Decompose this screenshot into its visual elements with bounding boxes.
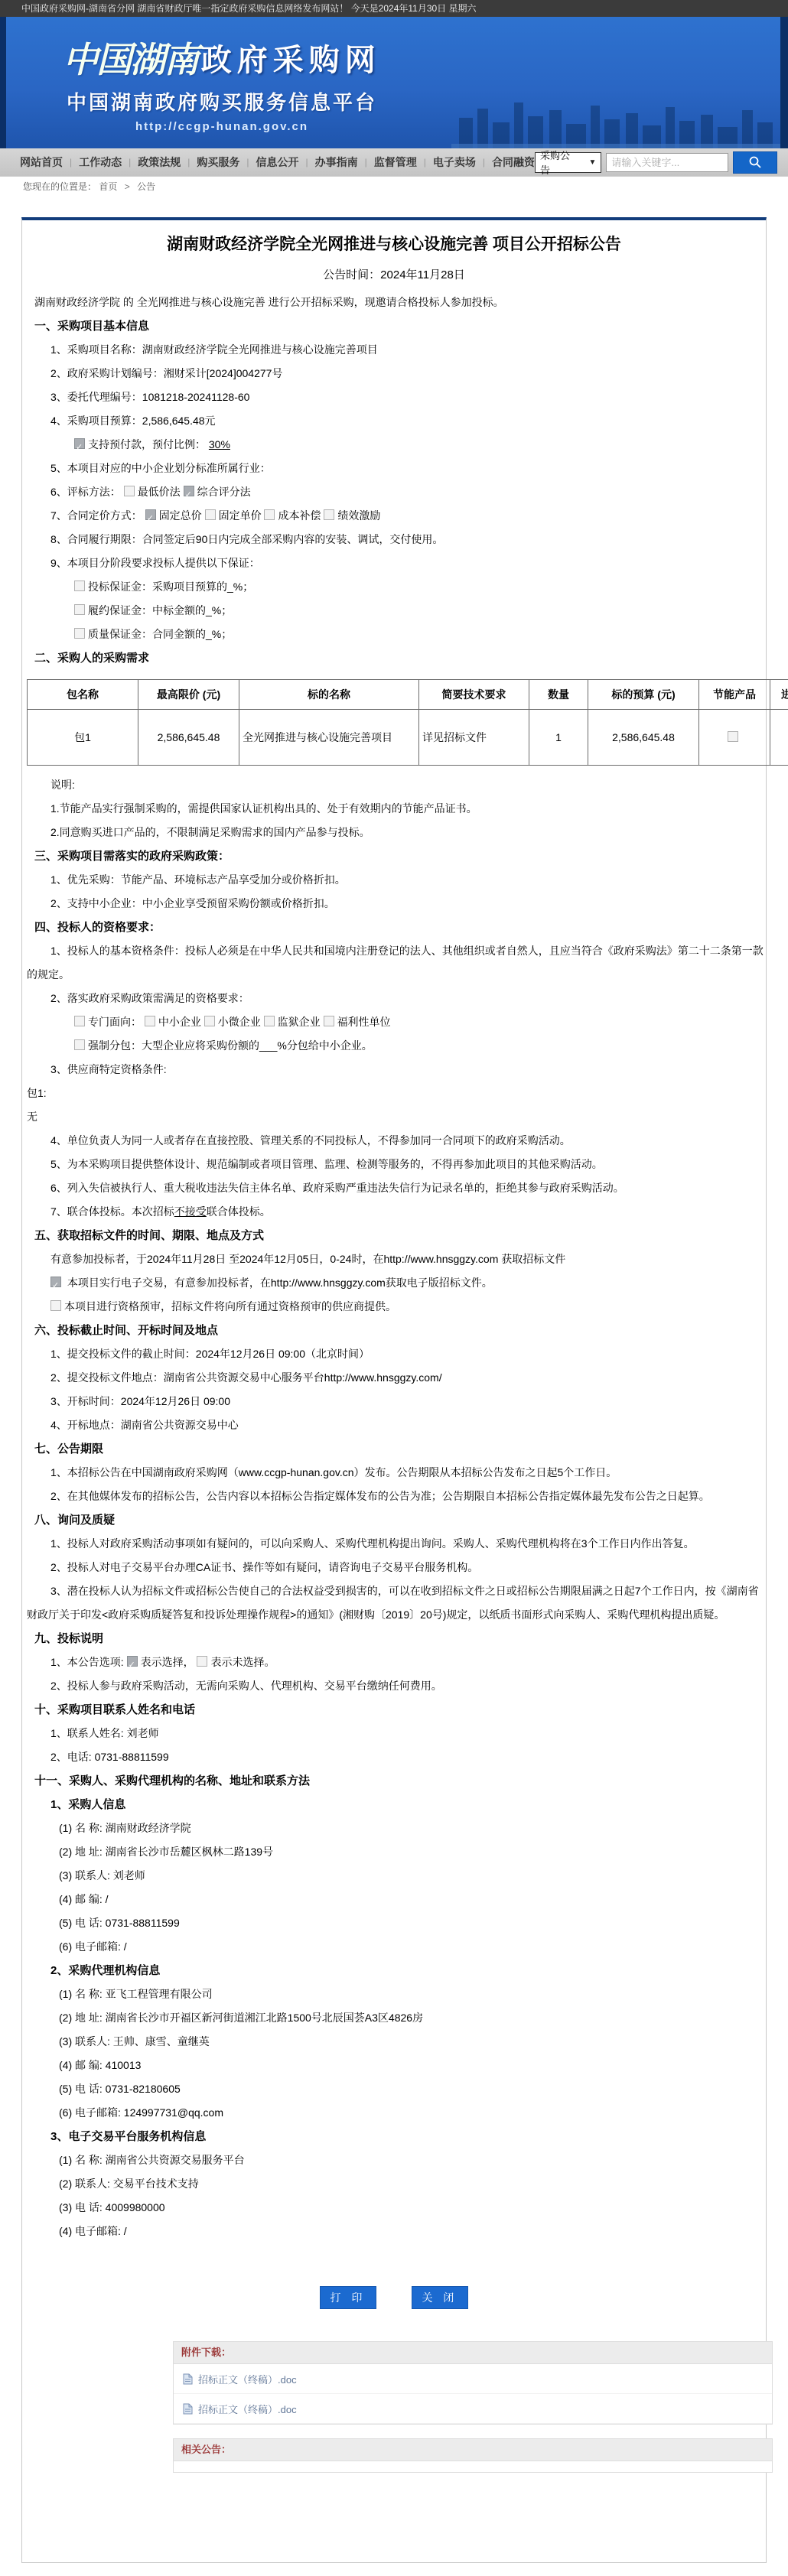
section-heading: 七、公告期限 xyxy=(22,1437,766,1461)
table-cell: 1 xyxy=(529,710,588,766)
checkbox-unchecked-icon xyxy=(74,1016,85,1026)
table-cell: 详见招标文件 xyxy=(419,710,529,766)
doc-line: 1、本公告选项: 表示选择， 表示未选择。 xyxy=(22,1651,766,1674)
doc-line: 4、采购项目预算：2,586,645.48元 xyxy=(22,409,766,433)
doc-line: 履约保证金：中标金额的_%； xyxy=(22,599,766,623)
breadcrumb: 您现在的位置是： 首页 > 公告 xyxy=(0,176,788,197)
doc-line: (6) 电子邮箱: / xyxy=(22,1935,766,1959)
nav-separator: | xyxy=(129,157,131,168)
table-header-cell: 标的预算 (元) xyxy=(588,680,699,710)
nav-separator: | xyxy=(70,157,72,168)
doc-line: 2、采购代理机构信息 xyxy=(22,1959,766,1982)
doc-line: 6、评标方法： 最低价法 综合评分法 xyxy=(22,480,766,504)
site-subtitle: 中国湖南政府购买服务信息平台 xyxy=(0,87,444,115)
doc-line: 1、采购人信息 xyxy=(22,1793,766,1817)
checkbox-unchecked-icon xyxy=(728,731,738,742)
nav-separator: | xyxy=(365,157,367,168)
doc-line: (1) 名 称: 湖南省公共资源交易服务平台 xyxy=(22,2148,766,2172)
main-nav: 网站首页|工作动态|政策法规|购买服务|信息公开|办事指南|监督管理|电子卖场|… xyxy=(0,148,788,176)
page-title: 湖南财政经济学院全光网推进与核心设施完善 项目公开招标公告 xyxy=(22,229,766,260)
nav-separator: | xyxy=(187,157,190,168)
nav-separator: | xyxy=(246,157,249,168)
nav-separator: | xyxy=(424,157,426,168)
doc-line: (3) 联系人: 王帅、康雪、童继英 xyxy=(22,2030,766,2054)
checkbox-unchecked-icon xyxy=(50,1300,61,1311)
doc-line: 支持预付款，预付比例： 30% xyxy=(22,433,766,457)
related-panel: 相关公告： xyxy=(173,2438,773,2473)
doc-line: (4) 邮 编: 410013 xyxy=(22,2054,766,2077)
table-cell: 2,586,645.48 xyxy=(138,710,239,766)
doc-line: 3、开标时间：2024年12月26日 09:00 xyxy=(22,1390,766,1413)
close-button[interactable]: 关 闭 xyxy=(412,2286,468,2309)
search-category-value: 采购公告 xyxy=(540,148,579,177)
doc-line: 专门面向： 中小企业 小微企业 监狱企业 福利性单位 xyxy=(22,1010,766,1034)
doc-line: (5) 电 话: 0731-82180605 xyxy=(22,2077,766,2101)
checkbox-unchecked-icon xyxy=(324,1016,334,1026)
city-skyline-illustration xyxy=(451,87,780,148)
doc-line: 本项目进行资格预审，招标文件将向所有通过资格预审的供应商提供。 xyxy=(22,1295,766,1319)
doc-line: 6、列入失信被执行人、重大税收违法失信主体名单、政府采购严重违法失信行为记录名单… xyxy=(22,1176,766,1200)
logo-main-text: 政府采购网 xyxy=(201,44,381,77)
print-button[interactable]: 打 印 xyxy=(320,2286,376,2309)
doc-line: (4) 邮 编: / xyxy=(22,1888,766,1911)
doc-line: 1、本招标公告在中国湖南政府采购网（www.ccgp-hunan.gov.cn）… xyxy=(22,1461,766,1485)
doc-line: (6) 电子邮箱: 124997731@qq.com xyxy=(22,2101,766,2125)
breadcrumb-current: 公告 xyxy=(137,181,155,192)
announcement-content: 湖南财政经济学院全光网推进与核心设施完善 项目公开招标公告 公告时间：2024年… xyxy=(21,217,767,2563)
search-area: 采购公告 ▼ xyxy=(535,151,777,174)
checkbox-unchecked-icon xyxy=(74,628,85,639)
doc-line: 2、提交投标文件地点：湖南省公共资源交易中心服务平台http://www.hns… xyxy=(22,1366,766,1390)
search-icon xyxy=(748,155,762,169)
doc-line: 2、电话: 0731-88811599 xyxy=(22,1745,766,1769)
nav-item[interactable]: 监督管理 xyxy=(374,154,417,170)
doc-line: (5) 电 话: 0731-88811599 xyxy=(22,1911,766,1935)
doc-line: 说明: xyxy=(22,773,766,797)
search-input[interactable] xyxy=(606,153,728,172)
attachment-row: 招标正文（终稿）.doc xyxy=(174,2394,772,2424)
checkbox-unchecked-icon xyxy=(264,1016,275,1026)
attachment-link[interactable]: 招标正文（终稿）.doc xyxy=(198,2402,297,2416)
doc-line: (2) 地 址: 湖南省长沙市开福区新河街道湘江北路1500号北辰国荟A3区48… xyxy=(22,2006,766,2030)
site-banner: 中国湖南 政府采购网 中国湖南政府购买服务信息平台 http://ccgp-hu… xyxy=(0,17,788,148)
checkbox-unchecked-icon xyxy=(324,509,334,520)
doc-line: (1) 名 称: 湖南财政经济学院 xyxy=(22,1817,766,1840)
table-header-cell: 简要技术要求 xyxy=(419,680,529,710)
nav-item[interactable]: 办事指南 xyxy=(315,154,358,170)
checkbox-unchecked-icon xyxy=(74,581,85,591)
attachment-link[interactable]: 招标正文（终稿）.doc xyxy=(198,2372,297,2386)
site-url: http://ccgp-hunan.gov.cn xyxy=(0,120,444,133)
nav-separator: | xyxy=(306,157,308,168)
table-cell xyxy=(699,710,770,766)
breadcrumb-home[interactable]: 首页 xyxy=(99,181,117,192)
breadcrumb-separator: > xyxy=(125,181,130,192)
section-heading: 八、询问及质疑 xyxy=(22,1508,766,1532)
doc-line: 2、支持中小企业：中小企业享受预留采购份额或价格折扣。 xyxy=(22,892,766,916)
site-logo: 中国湖南 政府采购网 中国湖南政府购买服务信息平台 http://ccgp-hu… xyxy=(0,17,444,133)
section-heading: 三、采购项目需落实的政府采购政策： xyxy=(22,844,766,868)
file-icon xyxy=(183,2403,193,2415)
announce-date: 公告时间：2024年11月28日 xyxy=(22,260,766,291)
doc-line: 3、潜在投标人认为招标文件或招标公告使自己的合法权益受到损害的，可以在收到招标文… xyxy=(22,1579,766,1627)
doc-line: 1、优先采购：节能产品、环境标志产品享受加分或价格折扣。 xyxy=(22,868,766,892)
doc-line: 9、本项目分阶段要求投标人提供以下保证： xyxy=(22,551,766,575)
doc-line: 1、投标人对政府采购活动事项如有疑问的，可以向采购人、采购代理机构提出询问。采购… xyxy=(22,1532,766,1556)
table-header-cell: 节能产品 xyxy=(699,680,770,710)
doc-line: 2、在其他媒体发布的招标公告，公告内容以本招标公告指定媒体发布的公告为准；公告期… xyxy=(22,1485,766,1508)
doc-line: 1、联系人姓名: 刘老师 xyxy=(22,1722,766,1745)
doc-line: 2.同意购买进口产品的，不限制满足采购需求的国内产品参与投标。 xyxy=(22,821,766,844)
doc-line: 本项目实行电子交易，有意参加投标者，在http://www.hnsggzy.co… xyxy=(22,1271,766,1295)
section-heading: 一、采购项目基本信息 xyxy=(22,314,766,338)
checkbox-checked-icon xyxy=(184,486,194,496)
table-row: 包12,586,645.48全光网推进与核心设施完善项目详见招标文件12,586… xyxy=(28,710,788,766)
doc-line: 7、联合体投标。本次招标不接受联合体投标。 xyxy=(22,1200,766,1224)
table-cell: 2,586,645.48 xyxy=(588,710,699,766)
checkbox-unchecked-icon xyxy=(204,1016,215,1026)
table-cell xyxy=(770,710,788,766)
table-header-cell: 包名称 xyxy=(28,680,138,710)
doc-line: 1、采购项目名称：湖南财政经济学院全光网推进与核心设施完善项目 xyxy=(22,338,766,362)
nav-item[interactable]: 网站首页 xyxy=(20,154,63,170)
section-heading: 十、采购项目联系人姓名和电话 xyxy=(22,1698,766,1722)
action-buttons: 打 印 关 闭 xyxy=(22,2286,766,2309)
doc-line: 3、委托代理编号：1081218-20241128-60 xyxy=(22,385,766,409)
checkbox-unchecked-icon xyxy=(145,1016,155,1026)
doc-line: 2、落实政府采购政策需满足的资格要求： xyxy=(22,987,766,1010)
nav-item[interactable]: 信息公开 xyxy=(256,154,299,170)
nav-item[interactable]: 政策法规 xyxy=(138,154,181,170)
file-icon xyxy=(183,2373,193,2385)
doc-line: 1、提交投标文件的截止时间：2024年12月26日 09:00（北京时间） xyxy=(22,1342,766,1366)
checkbox-checked-icon xyxy=(74,438,85,449)
attachment-row: 招标正文（终稿）.doc xyxy=(174,2364,772,2394)
doc-line: 无 xyxy=(22,1105,766,1129)
attachment-list: 招标正文（终稿）.doc招标正文（终稿）.doc xyxy=(174,2364,772,2424)
top-notice-bar: 中国政府采购网-湖南省分网 湖南省财政厅唯一指定政府采购信息网络发布网站！ 今天… xyxy=(0,0,788,17)
checkbox-unchecked-icon xyxy=(264,509,275,520)
doc-line: (2) 联系人: 交易平台技术支持 xyxy=(22,2172,766,2196)
doc-line: (3) 联系人: 刘老师 xyxy=(22,1864,766,1888)
doc-line: (2) 地 址: 湖南省长沙市岳麓区枫林二路139号 xyxy=(22,1840,766,1864)
doc-line: 1、投标人的基本资格条件：投标人必须是在中华人民共和国境内注册登记的法人、其他组… xyxy=(22,939,766,987)
doc-line: 3、电子交易平台服务机构信息 xyxy=(22,2125,766,2148)
doc-line: 5、本项目对应的中小企业划分标准所属行业： xyxy=(22,457,766,480)
doc-line: 2、投标人参与政府采购活动，无需向采购人、代理机构、交易平台缴纳任何费用。 xyxy=(22,1674,766,1698)
section-heading: 六、投标截止时间、开标时间及地点 xyxy=(22,1319,766,1342)
table-cell: 全光网推进与核心设施完善项目 xyxy=(239,710,419,766)
table-header-cell: 进口产品 xyxy=(770,680,788,710)
doc-line: 7、合同定价方式： 固定总价 固定单价 成本补偿 绩效激励 xyxy=(22,504,766,528)
doc-body-top: 湖南财政经济学院 的 全光网推进与核心设施完善 进行公开招标采购，现邀请合格投标… xyxy=(22,291,766,673)
doc-line: 湖南财政经济学院 的 全光网推进与核心设施完善 进行公开招标采购，现邀请合格投标… xyxy=(22,291,766,314)
doc-line: 包1: xyxy=(22,1081,766,1105)
logo-calligraphy-text: 中国湖南 xyxy=(63,39,197,80)
section-heading: 九、投标说明 xyxy=(22,1627,766,1651)
checkbox-unchecked-icon xyxy=(124,486,135,496)
doc-line: (4) 电子邮箱: / xyxy=(22,2220,766,2243)
related-panel-title: 相关公告： xyxy=(174,2439,772,2461)
nav-separator: | xyxy=(483,157,485,168)
table-header-cell: 标的名称 xyxy=(239,680,419,710)
checkbox-unchecked-icon xyxy=(74,1039,85,1050)
checkbox-checked-icon xyxy=(127,1656,138,1667)
nav-item[interactable]: 工作动态 xyxy=(79,154,122,170)
doc-line: 投标保证金：采购项目预算的_%； xyxy=(22,575,766,599)
attachment-panel-title: 附件下载： xyxy=(174,2342,772,2364)
nav-item[interactable]: 合同融资 xyxy=(492,154,535,170)
doc-line: 有意参加投标者，于2024年11月28日 至2024年12月05日，0-24时，… xyxy=(22,1247,766,1271)
section-heading: 二、采购人的采购需求 xyxy=(22,646,766,670)
doc-body-bottom: 说明:1.节能产品实行强制采购的，需提供国家认证机构出具的、处于有效期内的节能产… xyxy=(22,773,766,2246)
checkbox-checked-icon xyxy=(145,509,156,520)
doc-line: 强制分包：大型企业应将采购份额的___%分包给中小企业。 xyxy=(22,1034,766,1058)
attachment-panel: 附件下载： 招标正文（终稿）.doc招标正文（终稿）.doc xyxy=(173,2341,773,2425)
checkbox-unchecked-icon xyxy=(74,604,85,615)
search-category-select[interactable]: 采购公告 ▼ xyxy=(535,152,601,173)
doc-line: 8、合同履行期限：合同签定后90日内完成全部采购内容的安装、调试，交付使用。 xyxy=(22,528,766,551)
doc-line: 5、为本采购项目提供整体设计、规范编制或者项目管理、监理、检测等服务的，不得再参… xyxy=(22,1153,766,1176)
doc-line: 4、开标地点：湖南省公共资源交易中心 xyxy=(22,1413,766,1437)
table-header-cell: 数量 xyxy=(529,680,588,710)
breadcrumb-label: 您现在的位置是： xyxy=(23,181,96,192)
table-cell: 包1 xyxy=(28,710,138,766)
doc-line: 2、政府采购计划编号：湘财采计[2024]004277号 xyxy=(22,362,766,385)
section-heading: 五、获取招标文件的时间、期限、地点及方式 xyxy=(22,1224,766,1247)
table-header-cell: 最高限价 (元) xyxy=(138,680,239,710)
checkbox-unchecked-icon xyxy=(205,509,216,520)
doc-line: 2、投标人对电子交易平台办理CA证书、操作等如有疑问，请咨询电子交易平台服务机构… xyxy=(22,1556,766,1579)
nav-links: 网站首页|工作动态|政策法规|购买服务|信息公开|办事指南|监督管理|电子卖场|… xyxy=(20,154,535,170)
procurement-table: 包名称最高限价 (元)标的名称简要技术要求数量标的预算 (元)节能产品进口产品 … xyxy=(27,679,788,766)
doc-line: 1.节能产品实行强制采购的，需提供国家认证机构出具的、处于有效期内的节能产品证书… xyxy=(22,797,766,821)
doc-line: 质量保证金：合同金额的_%； xyxy=(22,623,766,646)
doc-line: 4、单位负责人为同一人或者存在直接控股、管理关系的不同投标人，不得参加同一合同项… xyxy=(22,1129,766,1153)
doc-line: (3) 电 话: 4009980000 xyxy=(22,2196,766,2220)
section-heading: 四、投标人的资格要求： xyxy=(22,916,766,939)
checkbox-checked-icon xyxy=(50,1277,61,1287)
related-panel-body xyxy=(174,2461,772,2472)
checkbox-unchecked-icon xyxy=(197,1656,207,1667)
nav-item[interactable]: 购买服务 xyxy=(197,154,239,170)
top-notice-text: 中国政府采购网-湖南省分网 湖南省财政厅唯一指定政府采购信息网络发布网站！ 今天… xyxy=(21,3,477,14)
chevron-down-icon: ▼ xyxy=(588,158,596,167)
doc-line: (1) 名 称: 亚飞工程管理有限公司 xyxy=(22,1982,766,2006)
search-button[interactable] xyxy=(733,151,777,174)
doc-line: 3、供应商特定资格条件: xyxy=(22,1058,766,1081)
section-heading: 十一、采购人、采购代理机构的名称、地址和联系方法 xyxy=(22,1769,766,1793)
nav-item[interactable]: 电子卖场 xyxy=(433,154,476,170)
table-header-row: 包名称最高限价 (元)标的名称简要技术要求数量标的预算 (元)节能产品进口产品 xyxy=(28,680,788,710)
